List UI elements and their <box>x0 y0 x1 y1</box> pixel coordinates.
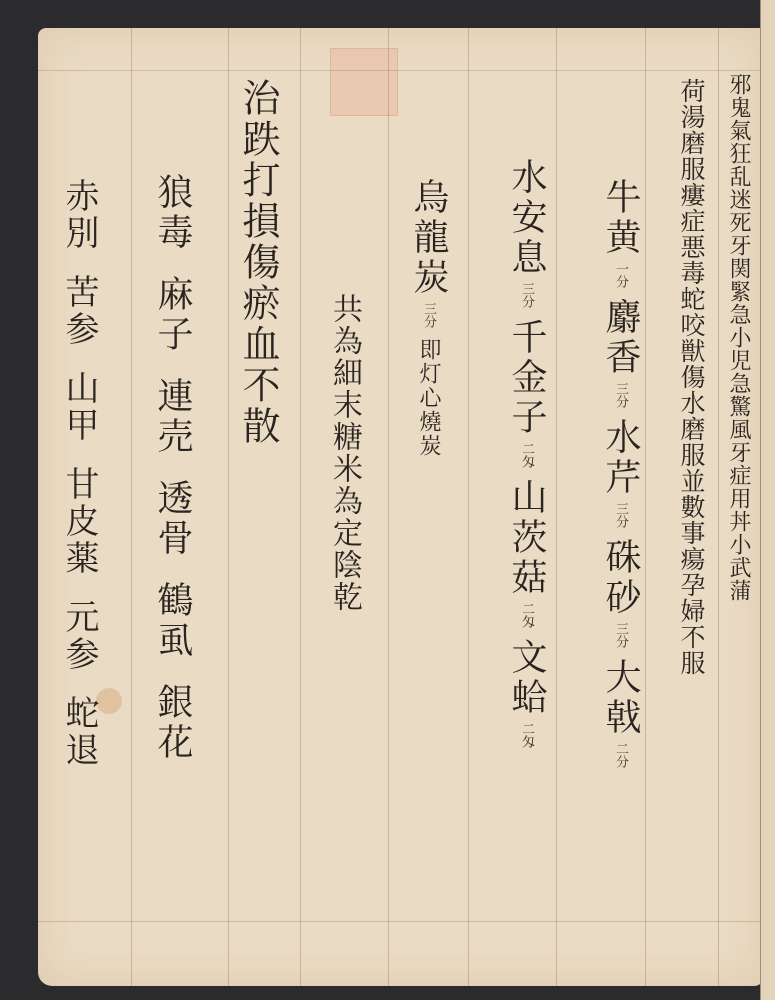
ingredient-column-4: 水安息三分千金子二匁山茨菇二匁文蛤二匁 <box>504 158 548 758</box>
ingredient: 山茨菇 <box>504 478 548 598</box>
column-text: 治跌打損傷瘀血不散 <box>236 78 280 447</box>
ruling-line <box>300 28 301 986</box>
manuscript-page: 邪鬼氣狂乱迷死牙関緊急小児急驚風牙症用丼小武蒲 荷湯磨服瘻症悪毒蛇咬獣傷水磨服並… <box>38 28 764 986</box>
dosage-note: 三分 <box>613 622 628 648</box>
ruling-line <box>38 70 764 71</box>
ingredient: 千金子 <box>504 318 548 438</box>
ingredient: 水安息 <box>504 158 548 278</box>
dosage-note: 一分 <box>613 262 628 288</box>
ingredient: 水芹 <box>598 418 642 498</box>
text-column-2: 荷湯磨服瘻症悪毒蛇咬獣傷水磨服並數事瘍孕婦不服 <box>676 78 706 676</box>
annotation: 即灯心燒炭 <box>416 338 441 458</box>
ingredient: 連売 <box>150 377 194 457</box>
dosage-note: 二分 <box>613 742 628 768</box>
dosage-note: 三分 <box>613 382 628 408</box>
heading-column-7: 治跌打損傷瘀血不散 <box>236 78 280 447</box>
dosage-note: 三分 <box>519 282 534 308</box>
ingredient: 麻子 <box>150 275 194 355</box>
ruling-line <box>468 28 469 986</box>
column-text: 邪鬼氣狂乱迷死牙関緊急小児急驚風牙症用丼小武蒲 <box>726 73 751 602</box>
instruction-column-6: 共為細末糖米為定陰乾 <box>326 293 362 613</box>
ingredient: 麝香 <box>598 298 642 378</box>
ingredient: 元参 <box>58 599 100 673</box>
ingredient-column-5: 烏龍炭三分即灯心燒炭 <box>406 178 450 458</box>
ingredient: 薬 <box>58 540 100 577</box>
ingredient: 鶴虱 <box>150 581 194 661</box>
ingredient: 銀花 <box>150 683 194 763</box>
ruling-line <box>228 28 229 986</box>
ingredient: 文蛤 <box>504 638 548 718</box>
ruling-line <box>38 921 764 922</box>
dosage-note: 三分 <box>613 502 628 528</box>
ingredient-column-3: 牛黄一分麝香三分水芹三分硃砂三分大戟二分 <box>598 178 642 778</box>
ingredient: 苦参 <box>58 274 100 348</box>
ingredient-column-9: 赤別苦参山甲甘皮薬元参蛇退 <box>58 178 100 769</box>
ruling-line <box>645 28 646 986</box>
ingredient: 大戟 <box>598 658 642 738</box>
ingredient: 硃砂 <box>598 538 642 618</box>
ingredient: 甘皮 <box>58 466 100 540</box>
dosage-note: 二匁 <box>519 722 534 748</box>
column-text: 共為細末糖米為定陰乾 <box>327 293 362 613</box>
page-binding-edge <box>760 0 775 1000</box>
ingredient: 烏龍炭 <box>406 178 450 298</box>
ruling-line <box>131 28 132 986</box>
ingredient-column-8: 狼毒麻子連売透骨鶴虱銀花 <box>150 173 194 763</box>
ingredient: 狼毒 <box>150 173 194 253</box>
ingredient: 山甲 <box>58 370 100 444</box>
dosage-note: 二匁 <box>519 602 534 628</box>
ingredient: 透骨 <box>150 479 194 559</box>
text-column-1: 邪鬼氣狂乱迷死牙関緊急小児急驚風牙症用丼小武蒲 <box>724 73 752 602</box>
ruling-line <box>556 28 557 986</box>
ruling-line <box>718 28 719 986</box>
ingredient: 牛黄 <box>598 178 642 258</box>
dosage-note: 二匁 <box>519 442 534 468</box>
column-text: 荷湯磨服瘻症悪毒蛇咬獣傷水磨服並數事瘍孕婦不服 <box>677 78 706 676</box>
ingredient: 蛇退 <box>58 695 100 769</box>
dosage-note: 三分 <box>421 302 436 328</box>
ruling-line <box>388 28 389 986</box>
ingredient: 赤別 <box>58 178 100 252</box>
